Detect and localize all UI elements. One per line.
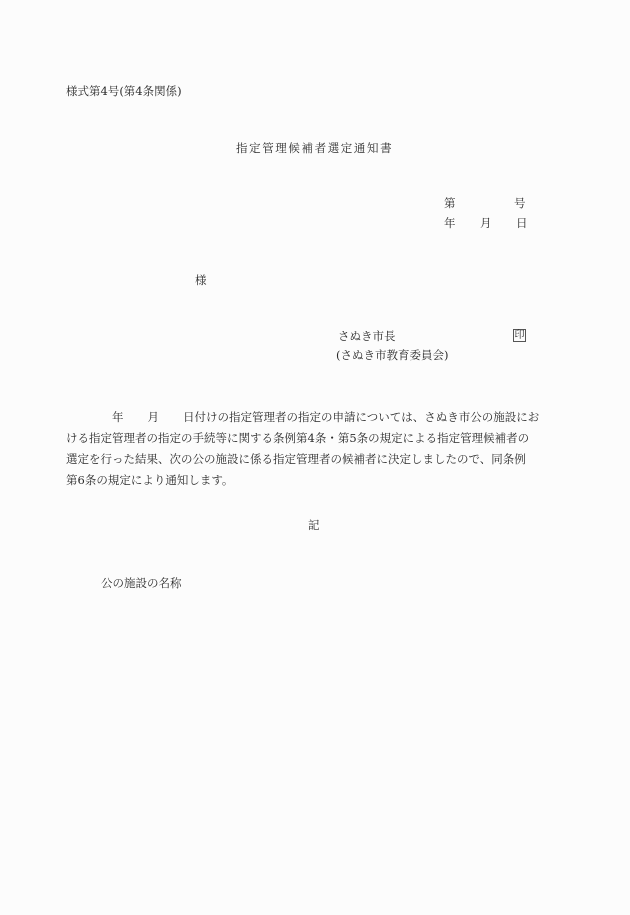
reference-number-prefix: 第 bbox=[444, 198, 456, 210]
notice-body: 年月日付けの指定管理者の指定の申請については、さぬき市公の施設にお ける指定管理… bbox=[66, 407, 536, 491]
addressee-suffix: 様 bbox=[195, 275, 207, 287]
form-number: 様式第4号(第4条関係) bbox=[66, 86, 182, 98]
document-title: 指定管理候補者選定通知書 bbox=[236, 143, 393, 155]
seal-icon: 印 bbox=[513, 329, 526, 342]
date-year-label: 年 bbox=[444, 218, 456, 230]
body-line-2: ける指定管理者の指定の手続等に関する条例第4条・第5条の規定による指定管理候補者… bbox=[66, 428, 536, 449]
body-year-label: 年 bbox=[112, 410, 124, 424]
reference-number-suffix: 号 bbox=[514, 198, 526, 210]
body-month-label: 月 bbox=[148, 410, 160, 424]
body-line-1: 年月日付けの指定管理者の指定の申請については、さぬき市公の施設にお bbox=[66, 407, 536, 428]
date-day-label: 日 bbox=[516, 218, 528, 230]
facility-name-label: 公の施設の名称 bbox=[101, 578, 182, 590]
date-month-label: 月 bbox=[480, 218, 492, 230]
ki-heading: 記 bbox=[308, 520, 320, 532]
sender-name: さぬき市長 bbox=[338, 331, 396, 343]
body-line-4: 第6条の規定により通知します。 bbox=[66, 470, 536, 491]
body-line-3: 選定を行った結果、次の公の施設に係る指定管理者の候補者に決定しましたので、同条例 bbox=[66, 449, 536, 470]
body-line-1-text: 日付けの指定管理者の指定の申請については、さぬき市公の施設にお bbox=[183, 410, 539, 424]
sender-alternate: (さぬき市教育委員会) bbox=[336, 350, 448, 362]
